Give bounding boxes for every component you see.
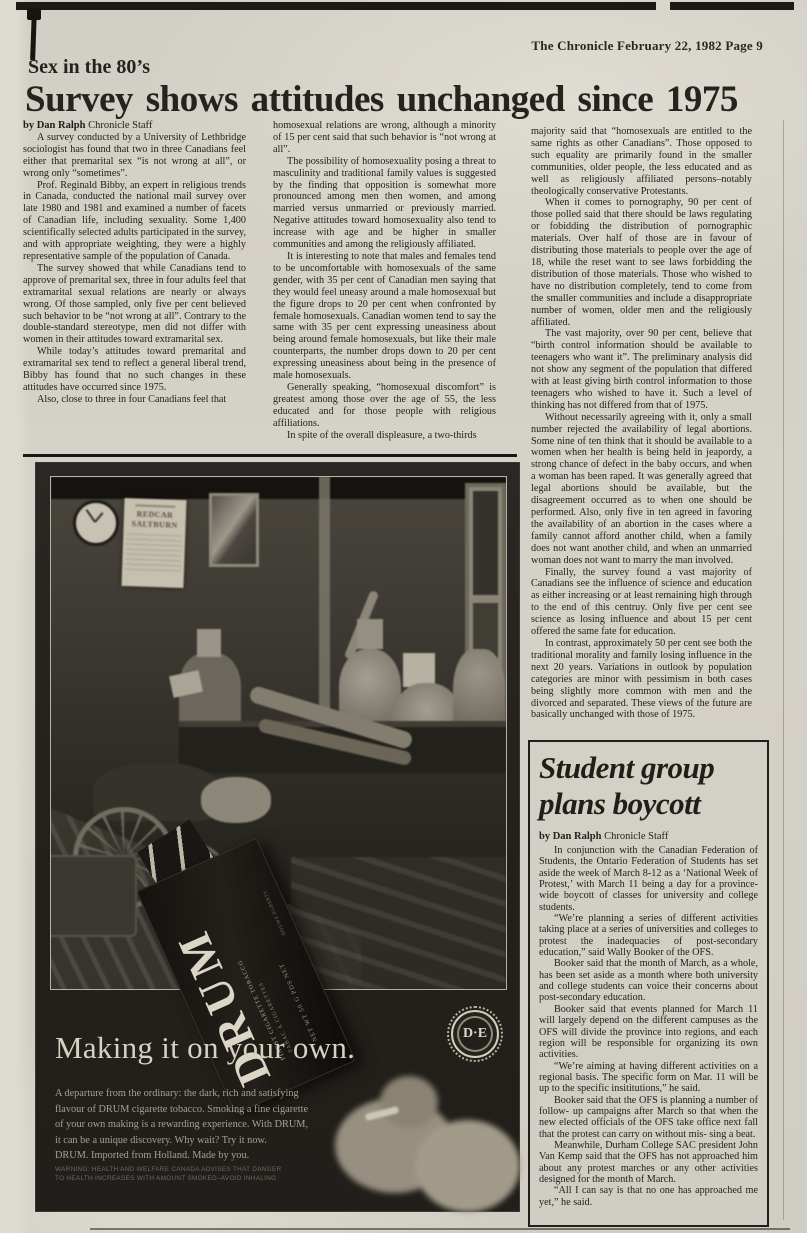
paragraph: Booker said that the month of March, as … [539,958,758,1003]
paragraph: Booker said that events planned for Marc… [539,1004,758,1061]
paragraph: While today’s attitudes toward premarita… [23,346,246,394]
ad-copy-line: of your own making is a rewarding experi… [55,1117,400,1133]
byline-author: by Dan Ralph [23,120,85,131]
article-body: In conjunction with the Canadian Federat… [539,845,758,1208]
poster-rule [135,504,175,507]
photo-wood-floor [291,857,506,989]
photo-ceiling [51,477,506,499]
paragraph: In contrast, approximately 50 per cent s… [531,638,752,721]
paragraph: In spite of the overall displeasure, a t… [273,430,496,442]
door-frame [319,477,330,739]
photo-person-head [357,619,383,649]
masthead: The Chronicle February 22, 1982 Page 9 [531,38,763,54]
paragraph: The vast majority, over 90 per cent, bel… [531,328,752,411]
byline-author: by Dan Ralph [539,831,601,842]
paragraph: Booker said that the OFS is planning a n… [539,1095,758,1140]
paragraph: The possibility of homosexuality posing … [273,156,496,251]
paragraph: Meanwhile, Durham College SAC president … [539,1140,758,1185]
framed-picture [209,493,259,567]
paragraph: majority said that “homosexuals are enti… [531,126,752,197]
douwe-egberts-logo: D·E [451,1010,499,1058]
ad-copy-line: DRUM. Imported from Holland. Made by you… [55,1148,400,1164]
paragraph: Without necessarily agreeing with it, on… [531,412,752,567]
paragraph: A survey conducted by a University of Le… [23,132,246,180]
poster-title: SALTBURN [126,519,182,531]
paragraph: “All I can say is that no one has approa… [539,1185,758,1208]
paragraph: Generally speaking, “homosexual discomfo… [273,382,496,430]
wall-clock [73,500,119,546]
article-column-3: majority said that “homosexuals are enti… [531,126,752,721]
photo-bundle [201,777,271,823]
drum-tobacco-advertisement: REDCAR SALTBURN [35,462,520,1212]
ad-copy-line: flavour of DRUM cigarette tobacco. Smoki… [55,1102,400,1118]
paragraph: It is interesting to note that males and… [273,251,496,382]
redcar-saltburn-poster: REDCAR SALTBURN [121,498,186,588]
paragraph: Also, close to three in four Canadians f… [23,394,246,406]
byline-org: Chronicle Staff [604,831,668,842]
scan-tear-mark [27,8,41,20]
bottom-rule [90,1228,790,1230]
window-pane [473,491,498,595]
photo-person-head [197,629,221,657]
paragraph: homosexual relations are wrong, although… [273,120,496,156]
health-warning: WARNING: HEALTH AND WELFARE CANADA ADVIS… [55,1166,335,1183]
main-headline: Survey shows attitudes unchanged since 1… [25,78,785,121]
page-edge-line [783,120,784,1220]
photo-person-head [403,653,435,687]
warning-line: TO HEALTH INCREASES WITH AMOUNT SMOKED–A… [55,1175,335,1184]
warning-line: WARNING: HEALTH AND WELFARE CANADA ADVIS… [55,1166,335,1175]
paragraph: When it comes to pornography, 90 per cen… [531,197,752,328]
student-boycott-article: Student group plans boycott by Dan Ralph… [528,740,769,1227]
ad-copy-line: it can be a unique discovery. Why wait? … [55,1133,400,1149]
headline-line: plans boycott [539,786,758,822]
paragraph: Prof. Reginald Bibby, an expert in relig… [23,180,246,263]
kicker: Sex in the 80’s [28,56,150,79]
ad-body-copy: A departure from the ordinary: the dark,… [55,1086,400,1164]
top-rule [16,2,656,10]
article-column-1: by Dan Ralph Chronicle Staff A survey co… [23,120,246,406]
newspaper-page: The Chronicle February 22, 1982 Page 9 S… [0,0,807,1233]
paragraph: The survey showed that while Canadians t… [23,263,246,346]
ad-copy-line: A departure from the ordinary: the dark,… [55,1086,400,1102]
poster-timetable-rows [125,533,182,573]
paragraph: “We’re aiming at having different activi… [539,1061,758,1095]
paragraph: “We’re planning a series of different ac… [539,913,758,958]
headline-line: Student group [539,750,758,786]
top-rule-segment [670,2,794,10]
ad-headline: Making it on your own. [55,1030,355,1066]
paragraph: Finally, the survey found a vast majorit… [531,567,752,638]
paragraph: In conjunction with the Canadian Federat… [539,845,758,913]
byline: by Dan Ralph Chronicle Staff [23,120,246,132]
clock-minute-hand [86,509,96,522]
byline: by Dan Ralph Chronicle Staff [539,831,758,842]
photo-suitcase [50,855,137,937]
secondary-headline: Student group plans boycott [539,750,758,822]
article-column-2: homosexual relations are wrong, although… [273,120,496,441]
byline-org: Chronicle Staff [88,120,152,131]
section-divider-rule [23,454,517,457]
photo-hand [415,1120,520,1212]
